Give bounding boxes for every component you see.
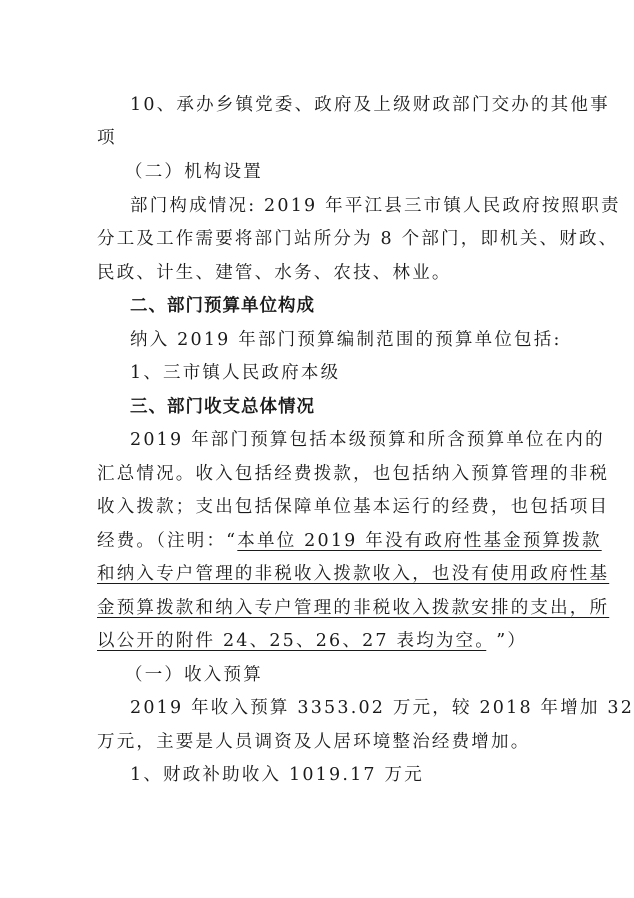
heading-section-3: 三、部门收支总体情况 <box>130 395 540 419</box>
subheading-org-structure: （二）机构设置 <box>125 160 535 184</box>
list-item-budget-unit-1: 1、三市镇人民政府本级 <box>130 361 540 385</box>
note-underlined-line-2: 和纳入专户管理的非税收入拨款收入，也没有使用政府性基 <box>97 562 540 586</box>
document-page: 10、承办乡镇党委、政府及上级财政部门交办的其他事 项 （二）机构设置 部门构成… <box>0 0 634 898</box>
paragraph-dept-composition-2: 分工及工作需要将部门站所分为 8 个部门，即机关、财政、 <box>97 227 540 251</box>
note-close: ”） <box>496 631 527 651</box>
paragraph-section-3-7: 以公开的附件 24、25、26、27 表均为空。”） <box>97 629 540 653</box>
note-underlined-end: 以公开的附件 24、25、26、27 表均为空。 <box>97 631 486 651</box>
note-underlined-start: 本单位 2019 年没有政府性基金预算拨款 <box>237 529 601 553</box>
paragraph-dept-composition-1: 部门构成情况: 2019 年平江县三市镇人民政府按照职责 <box>130 194 540 218</box>
paragraph-income-2: 万元，主要是人员调资及人居环境整治经费增加。 <box>97 730 540 754</box>
subheading-income-budget: （一）收入预算 <box>125 663 535 687</box>
note-prefix: 经费。（注明：“ <box>97 529 237 553</box>
paragraph-section-3-4: 经费。（注明：“ 本单位 2019 年没有政府性基金预算拨款 <box>97 529 540 553</box>
paragraph-section-3-2: 汇总情况。收入包括经费拨款，也包括纳入预算管理的非税 <box>97 462 540 486</box>
paragraph-section-2: 纳入 2019 年部门预算编制范围的预算单位包括: <box>130 328 540 352</box>
heading-section-2: 二、部门预算单位构成 <box>130 294 540 318</box>
note-underlined-line-3: 金预算拨款和纳入专户管理的非税收入拨款安排的支出，所 <box>97 596 540 620</box>
paragraph-section-3-3: 收入拨款；支出包括保障单位基本运行的经费，也包括项目 <box>97 495 540 519</box>
paragraph-section-3-1: 2019 年部门预算包括本级预算和所含预算单位在内的 <box>130 428 540 452</box>
paragraph-dept-composition-3: 民政、计生、建管、水务、农技、林业。 <box>97 261 540 285</box>
paragraph-item-10-continued: 项 <box>97 126 540 150</box>
paragraph-income-1: 2019 年收入预算 3353.02 万元，较 2018 年增加 324.05 <box>130 696 540 720</box>
paragraph-item-10: 10、承办乡镇党委、政府及上级财政部门交办的其他事 <box>130 93 540 117</box>
list-item-fiscal-subsidy: 1、财政补助收入 1019.17 万元 <box>130 763 540 787</box>
